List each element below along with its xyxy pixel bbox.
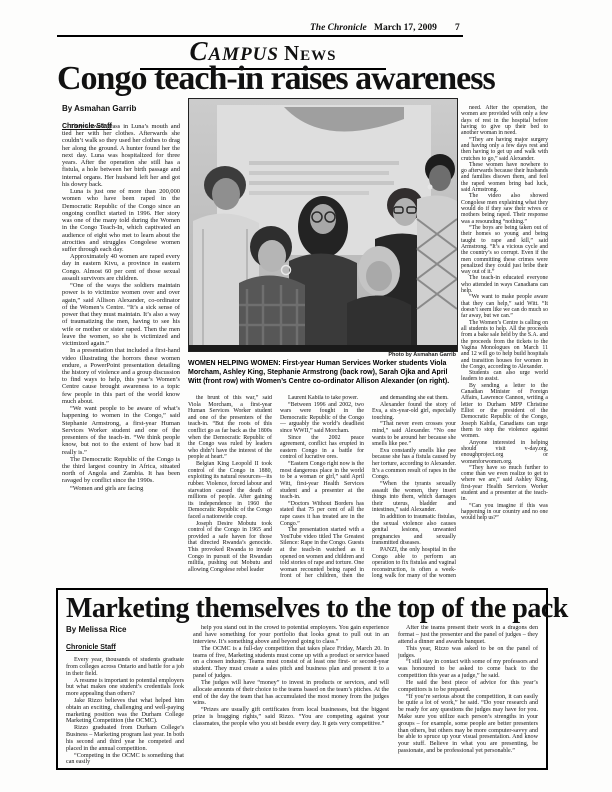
article1-middle-columns: the brunt of this war,” said Viola Morch… bbox=[188, 395, 456, 580]
article1-column-2: the brunt of this war,” said Viola Morch… bbox=[188, 395, 272, 580]
article1-photo bbox=[188, 98, 458, 352]
paragraph: “That never even crosses your mind,” sai… bbox=[372, 421, 456, 447]
paragraph: “Women and girls are facing bbox=[62, 485, 180, 492]
paragraph: Students can also urge world leaders to … bbox=[461, 370, 548, 383]
paragraph: Jake Rizzo believes that what helped him… bbox=[66, 698, 184, 725]
paragraph: Anyone interested in helping should visi… bbox=[461, 440, 548, 465]
paragraph: The Democratic Republic of the Congo is … bbox=[62, 456, 180, 485]
photo-credit: Photo by Asmahan Garrib bbox=[188, 352, 456, 358]
article1-column-3: Laurent Kabila to take power.“Between 19… bbox=[280, 395, 364, 580]
paragraph: Luna is just one of more than 200,000 wo… bbox=[62, 188, 180, 253]
paragraph: “They are having major surgery and havin… bbox=[461, 137, 548, 162]
masthead-issue-date: March 17, 2009 bbox=[374, 23, 437, 33]
article2-byline-name: By Melissa Rice bbox=[66, 625, 184, 635]
paragraph: Joseph Desire Mobutu took control of the… bbox=[188, 521, 272, 574]
paragraph: “Competing in the OCMC is something that… bbox=[66, 753, 184, 766]
paragraph: “They have so much further to come than … bbox=[461, 465, 548, 503]
masthead-page-number: 7 bbox=[455, 23, 460, 33]
paragraph: “Doctors Without Borders has stated that… bbox=[280, 501, 364, 527]
paragraph: PANZI, the only hospital in the Congo ab… bbox=[372, 547, 456, 580]
paragraph: Since the 2002 peace agreement, conflict… bbox=[280, 435, 364, 461]
paragraph: A resume is important to potential emplo… bbox=[66, 678, 184, 698]
paragraph: “Between 1996 and 2002, two wars were fo… bbox=[280, 402, 364, 435]
paragraph: This year, Rizzo was asked to be on the … bbox=[398, 646, 538, 660]
article2-body: By Melissa Rice Chronicle Staff Every ye… bbox=[66, 625, 538, 765]
paragraph: “Can you imagine if this was happening i… bbox=[461, 503, 548, 522]
article1-column-4: and demanding she eat them.Alexander fou… bbox=[372, 395, 456, 580]
article2-headline: Marketing themselves to the top of the p… bbox=[66, 594, 538, 623]
paragraph: “One of the ways the soldiers maintain p… bbox=[62, 282, 180, 347]
paragraph: These women have nowhere to go afterward… bbox=[461, 162, 548, 194]
paragraph: the brunt of this war,” said Viola Morch… bbox=[188, 395, 272, 461]
article2-column-3: After the teams present their work in a … bbox=[398, 625, 538, 758]
paragraph: “If you’re serious about the competition… bbox=[398, 694, 538, 755]
paragraph: “The boys are being taken out of their h… bbox=[461, 225, 548, 276]
paragraph: “We want people to be aware of what’s ha… bbox=[62, 405, 180, 456]
paragraph: Belgian King Leopold II took control of … bbox=[188, 461, 272, 520]
paragraph: “I still stay in contact with some of my… bbox=[398, 659, 538, 679]
article2-column-2: help you stand out in the crowd to poten… bbox=[193, 625, 389, 758]
paragraph: The OCMC is a full-day competition that … bbox=[193, 646, 389, 680]
paragraph: Rizzo graduated from Durham College’s Bu… bbox=[66, 725, 184, 752]
paragraph: “Prizes are usually gift certificates fr… bbox=[193, 707, 389, 727]
paragraph: Eva constantly smells like pee because s… bbox=[372, 448, 456, 481]
paragraph: After the teams present their work in a … bbox=[398, 625, 538, 645]
paragraph: “We want to make people aware that they … bbox=[461, 294, 548, 319]
article1-column-5: need. After the operation, the women are… bbox=[461, 105, 548, 580]
paragraph: The Women’s Centre is calling on all stu… bbox=[461, 320, 548, 371]
paragraph: In a presentation that included a first-… bbox=[62, 347, 180, 405]
paragraph: “When the tyrants sexually assault the w… bbox=[372, 481, 456, 514]
paragraph: The video also showed Congolese men expl… bbox=[461, 193, 548, 225]
paragraph: He said the best piece of advice for thi… bbox=[398, 680, 538, 694]
paragraph: help you stand out in the crowd to poten… bbox=[193, 625, 389, 645]
paragraph: They shoved grass in Luna’s mouth and ti… bbox=[62, 123, 180, 188]
paragraph: The judges will have “money” to invest i… bbox=[193, 680, 389, 707]
paragraph: The presentation started with a YouTube … bbox=[280, 527, 364, 580]
article2-byline: By Melissa Rice Chronicle Staff bbox=[66, 625, 184, 654]
photo-caption: WOMEN HELPING WOMEN: First-year Human Se… bbox=[188, 359, 456, 386]
paragraph: Laurent Kabila to take power. bbox=[280, 395, 364, 402]
paragraph: The teach-in educated everyone who atten… bbox=[461, 275, 548, 294]
teach-in-group-photo-illustration bbox=[189, 99, 457, 351]
article1-headline: Congo teach-in raises awareness bbox=[57, 62, 549, 96]
paragraph: Alexander found the story of Eva, a six-… bbox=[372, 402, 456, 422]
article2-column-1-text: Every year, thousands of students gradua… bbox=[66, 657, 184, 765]
article2-column-1: By Melissa Rice Chronicle Staff Every ye… bbox=[66, 625, 184, 765]
paragraph: In addition to traumatic fistulas, the s… bbox=[372, 514, 456, 547]
paragraph: Approximately 40 women are raped every d… bbox=[62, 253, 180, 282]
newspaper-page: The Chronicle March 17, 2009 7 CampusNew… bbox=[0, 0, 612, 792]
paragraph: “Eastern Congo right now is the most dan… bbox=[280, 461, 364, 501]
article1-byline-name: By Asmahan Garrib bbox=[62, 104, 180, 114]
masthead-paper-name: The Chronicle bbox=[310, 23, 367, 33]
paragraph: By sending a letter to the Canadian Mini… bbox=[461, 383, 548, 440]
article2-box: Marketing themselves to the top of the p… bbox=[56, 588, 548, 770]
article1-column-1: They shoved grass in Luna’s mouth and ti… bbox=[62, 123, 180, 580]
paragraph: Every year, thousands of students gradua… bbox=[66, 657, 184, 677]
article2-byline-org: Chronicle Staff bbox=[66, 644, 116, 652]
paragraph: and demanding she eat them. bbox=[372, 395, 456, 402]
paragraph: need. After the operation, the women are… bbox=[461, 105, 548, 137]
photo-caption-lead: WOMEN HELPING WOMEN: bbox=[188, 360, 281, 367]
